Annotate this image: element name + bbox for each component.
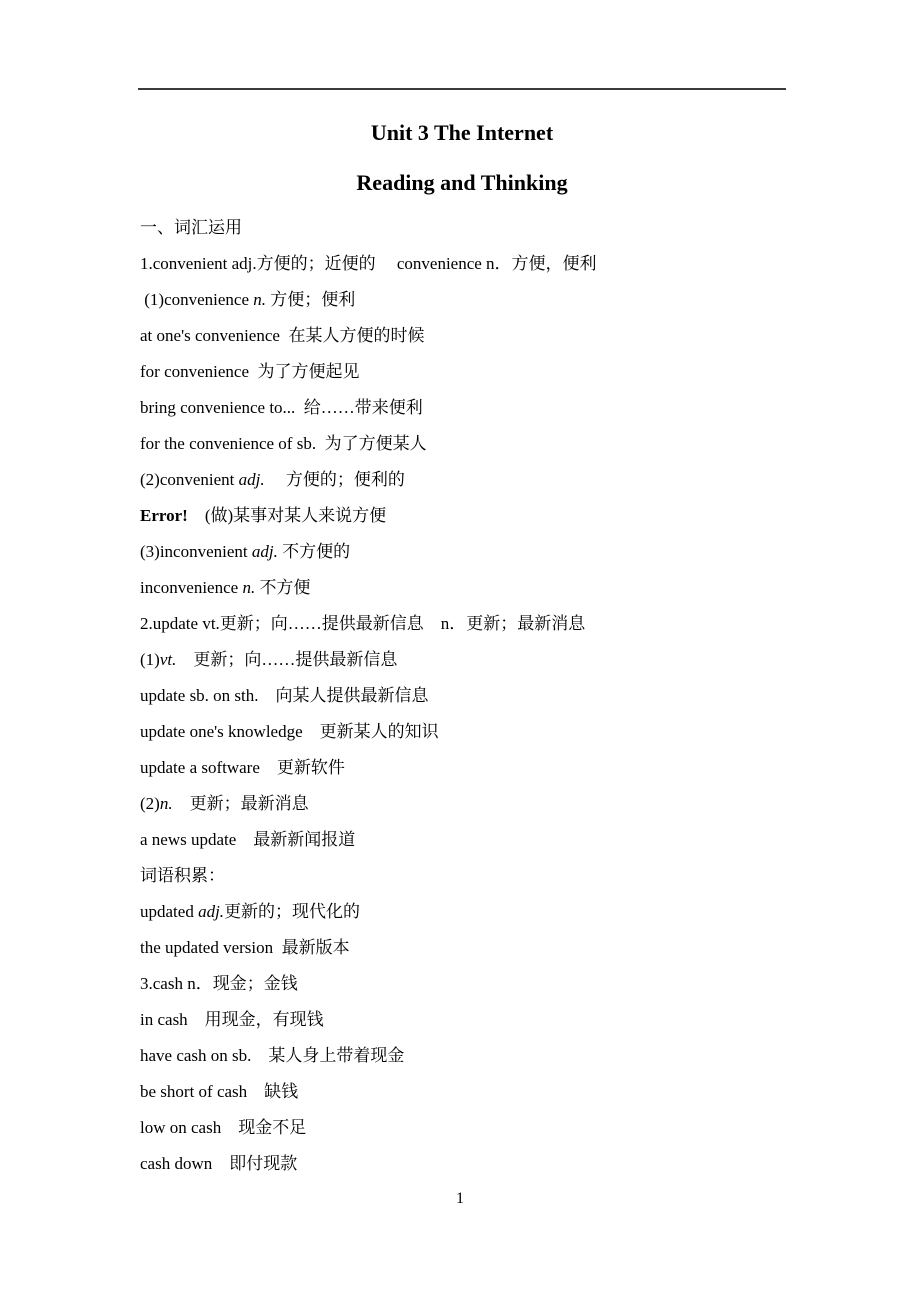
text-segment: (2) <box>140 794 160 813</box>
document-page: Unit 3 The Internet Reading and Thinking… <box>0 0 920 1302</box>
vocab-line: (3)inconvenient adj. 不方便的 <box>140 534 784 570</box>
vocab-line: the updated version 最新版本 <box>140 930 784 966</box>
text-segment: be short of cash 缺钱 <box>140 1082 298 1101</box>
text-segment: the updated version 最新版本 <box>140 938 350 957</box>
text-segment: (3)inconvenient <box>140 542 252 561</box>
pos-label-italic: adj. <box>252 542 278 561</box>
vocab-line: a news update 最新新闻报道 <box>140 822 784 858</box>
vocab-line: in cash 用现金，有现钱 <box>140 1002 784 1038</box>
text-segment: in cash 用现金，有现钱 <box>140 1010 324 1029</box>
text-segment: (1)convenience <box>140 290 253 309</box>
text-segment: (2)convenient <box>140 470 239 489</box>
doc-subtitle: Reading and Thinking <box>140 168 784 198</box>
header-rule <box>138 88 786 90</box>
vocab-line: (2)n. 更新；最新消息 <box>140 786 784 822</box>
text-segment: 词语积累： <box>140 866 225 885</box>
doc-title: Unit 3 The Internet <box>140 118 784 148</box>
text-segment: 方便的；便利的 <box>265 470 405 489</box>
vocab-line: bring convenience to... 给……带来便利 <box>140 390 784 426</box>
vocab-line: 词语积累： <box>140 858 784 894</box>
text-segment: cash down 即付现款 <box>140 1154 297 1173</box>
vocab-line: update sb. on sth. 向某人提供最新信息 <box>140 678 784 714</box>
text-segment: for convenience 为了方便起见 <box>140 362 360 381</box>
text-segment: update a software 更新软件 <box>140 758 345 777</box>
vocab-lines: 1.convenient adj.方便的；近便的 convenience n．方… <box>140 246 784 1182</box>
text-segment: for the convenience of sb. 为了方便某人 <box>140 434 427 453</box>
vocab-line: (1)convenience n. 方便；便利 <box>140 282 784 318</box>
vocab-line: for convenience 为了方便起见 <box>140 354 784 390</box>
pos-label-italic: n. <box>160 794 173 813</box>
section-heading: 一、词汇运用 <box>140 210 784 246</box>
text-segment: inconvenience <box>140 578 242 597</box>
text-segment: have cash on sb. 某人身上带着现金 <box>140 1046 404 1065</box>
vocab-line: update one's knowledge 更新某人的知识 <box>140 714 784 750</box>
text-segment: (做)某事对某人来说方便 <box>188 506 386 525</box>
vocab-line: update a software 更新软件 <box>140 750 784 786</box>
pos-label-italic: adj. <box>239 470 265 489</box>
vocab-line: (2)convenient adj. 方便的；便利的 <box>140 462 784 498</box>
vocab-line: at one's convenience 在某人方便的时候 <box>140 318 784 354</box>
text-segment: 更新的；现代化的 <box>224 902 360 921</box>
vocab-line: (1)vt. 更新；向……提供最新信息 <box>140 642 784 678</box>
text-segment: 1.convenient adj.方便的；近便的 convenience n．方… <box>140 254 597 273</box>
text-segment: 2.update vt.更新；向……提供最新信息 n．更新；最新消息 <box>140 614 585 633</box>
text-segment: bring convenience to... 给……带来便利 <box>140 398 423 417</box>
text-segment: update one's knowledge 更新某人的知识 <box>140 722 439 741</box>
text-segment: 不方便的 <box>278 542 350 561</box>
pos-label-italic: adj. <box>198 902 224 921</box>
vocab-line: low on cash 现金不足 <box>140 1110 784 1146</box>
vocab-line: be short of cash 缺钱 <box>140 1074 784 1110</box>
vocab-line: 1.convenient adj.方便的；近便的 convenience n．方… <box>140 246 784 282</box>
bold-text: Error! <box>140 506 188 525</box>
text-segment: update sb. on sth. 向某人提供最新信息 <box>140 686 429 705</box>
vocab-line: updated adj.更新的；现代化的 <box>140 894 784 930</box>
text-segment: 不方便 <box>255 578 310 597</box>
text-segment: 更新；最新消息 <box>173 794 309 813</box>
text-segment: updated <box>140 902 198 921</box>
vocab-line: have cash on sb. 某人身上带着现金 <box>140 1038 784 1074</box>
vocab-line: Error! (做)某事对某人来说方便 <box>140 498 784 534</box>
document-content: Unit 3 The Internet Reading and Thinking… <box>140 118 784 1182</box>
page-number: 1 <box>0 1188 920 1210</box>
text-segment: at one's convenience 在某人方便的时候 <box>140 326 424 345</box>
text-segment: 3.cash n．现金；金钱 <box>140 974 298 993</box>
pos-label-italic: vt. <box>160 650 177 669</box>
vocab-line: 2.update vt.更新；向……提供最新信息 n．更新；最新消息 <box>140 606 784 642</box>
text-segment: low on cash 现金不足 <box>140 1118 306 1137</box>
vocab-line: 3.cash n．现金；金钱 <box>140 966 784 1002</box>
text-segment: 更新；向……提供最新信息 <box>176 650 397 669</box>
pos-label-italic: n. <box>242 578 255 597</box>
text-segment: a news update 最新新闻报道 <box>140 830 355 849</box>
text-segment: 方便；便利 <box>266 290 355 309</box>
pos-label-italic: n. <box>253 290 266 309</box>
text-segment: (1) <box>140 650 160 669</box>
vocab-line: for the convenience of sb. 为了方便某人 <box>140 426 784 462</box>
vocab-line: cash down 即付现款 <box>140 1146 784 1182</box>
vocab-line: inconvenience n. 不方便 <box>140 570 784 606</box>
